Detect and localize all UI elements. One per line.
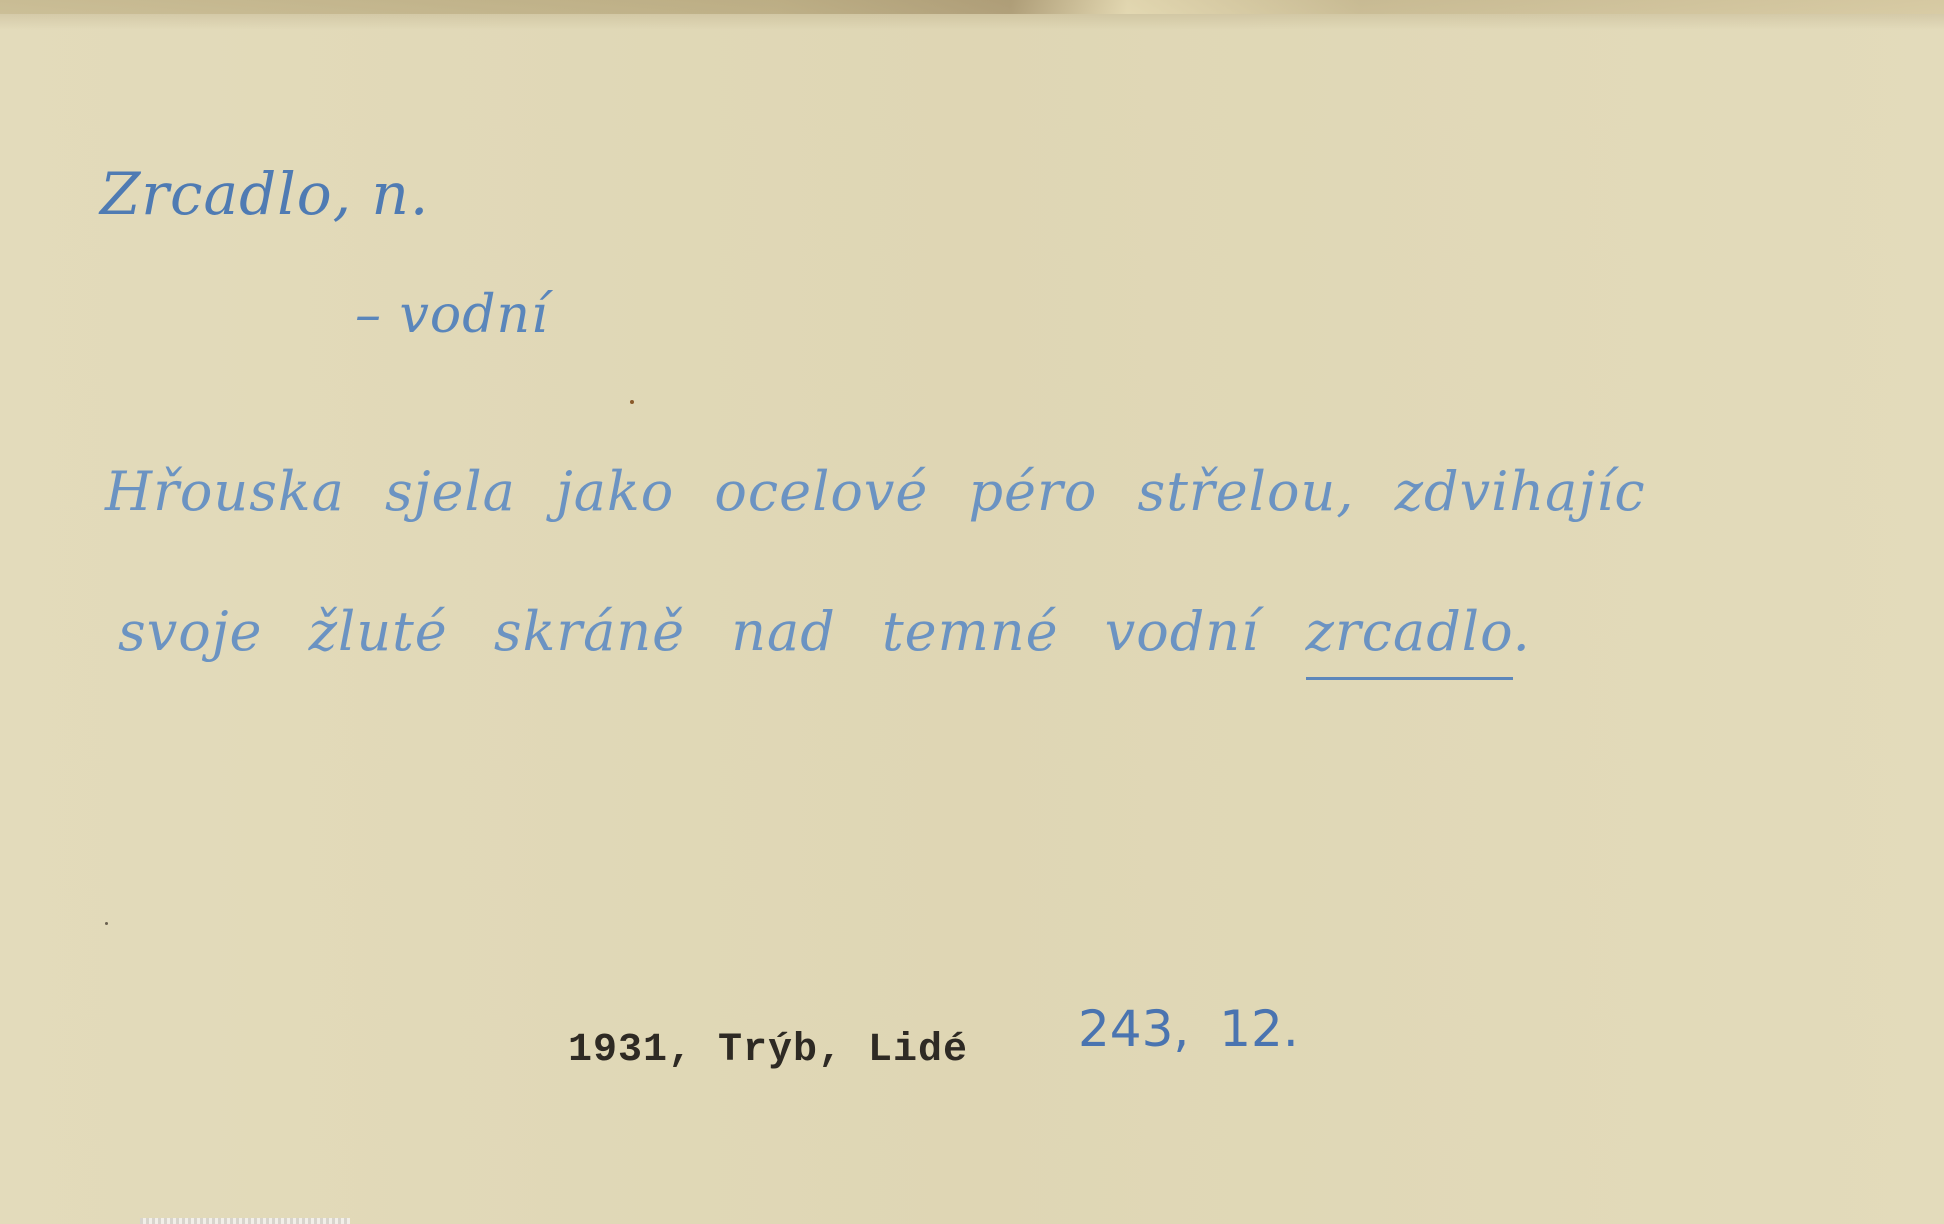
quote-line-2: svoje žluté skráně nad temné vodní zrcad…	[118, 600, 1531, 663]
scan-edge-strip	[140, 1218, 350, 1224]
quote-line-1: Hřouska sjela jako ocelové péro střelou,…	[105, 460, 1646, 523]
quote-end-period: .	[1513, 600, 1531, 663]
quote-line-2-text: svoje žluté skráně nad temné vodní	[118, 600, 1259, 663]
index-card: Zrcadlo, n. – vodní Hřouska sjela jako o…	[0, 0, 1944, 1224]
card-top-edge	[0, 0, 1944, 14]
paper-speck	[630, 400, 634, 404]
subentry: – vodní	[355, 285, 549, 345]
page-reference: 243, 12.	[1078, 1000, 1299, 1058]
quote-keyword: zrcadlo	[1306, 600, 1513, 680]
source-citation: 1931, Trýb, Lidé	[568, 1028, 968, 1073]
headword: Zrcadlo, n.	[100, 160, 429, 228]
paper-speck	[105, 922, 108, 925]
